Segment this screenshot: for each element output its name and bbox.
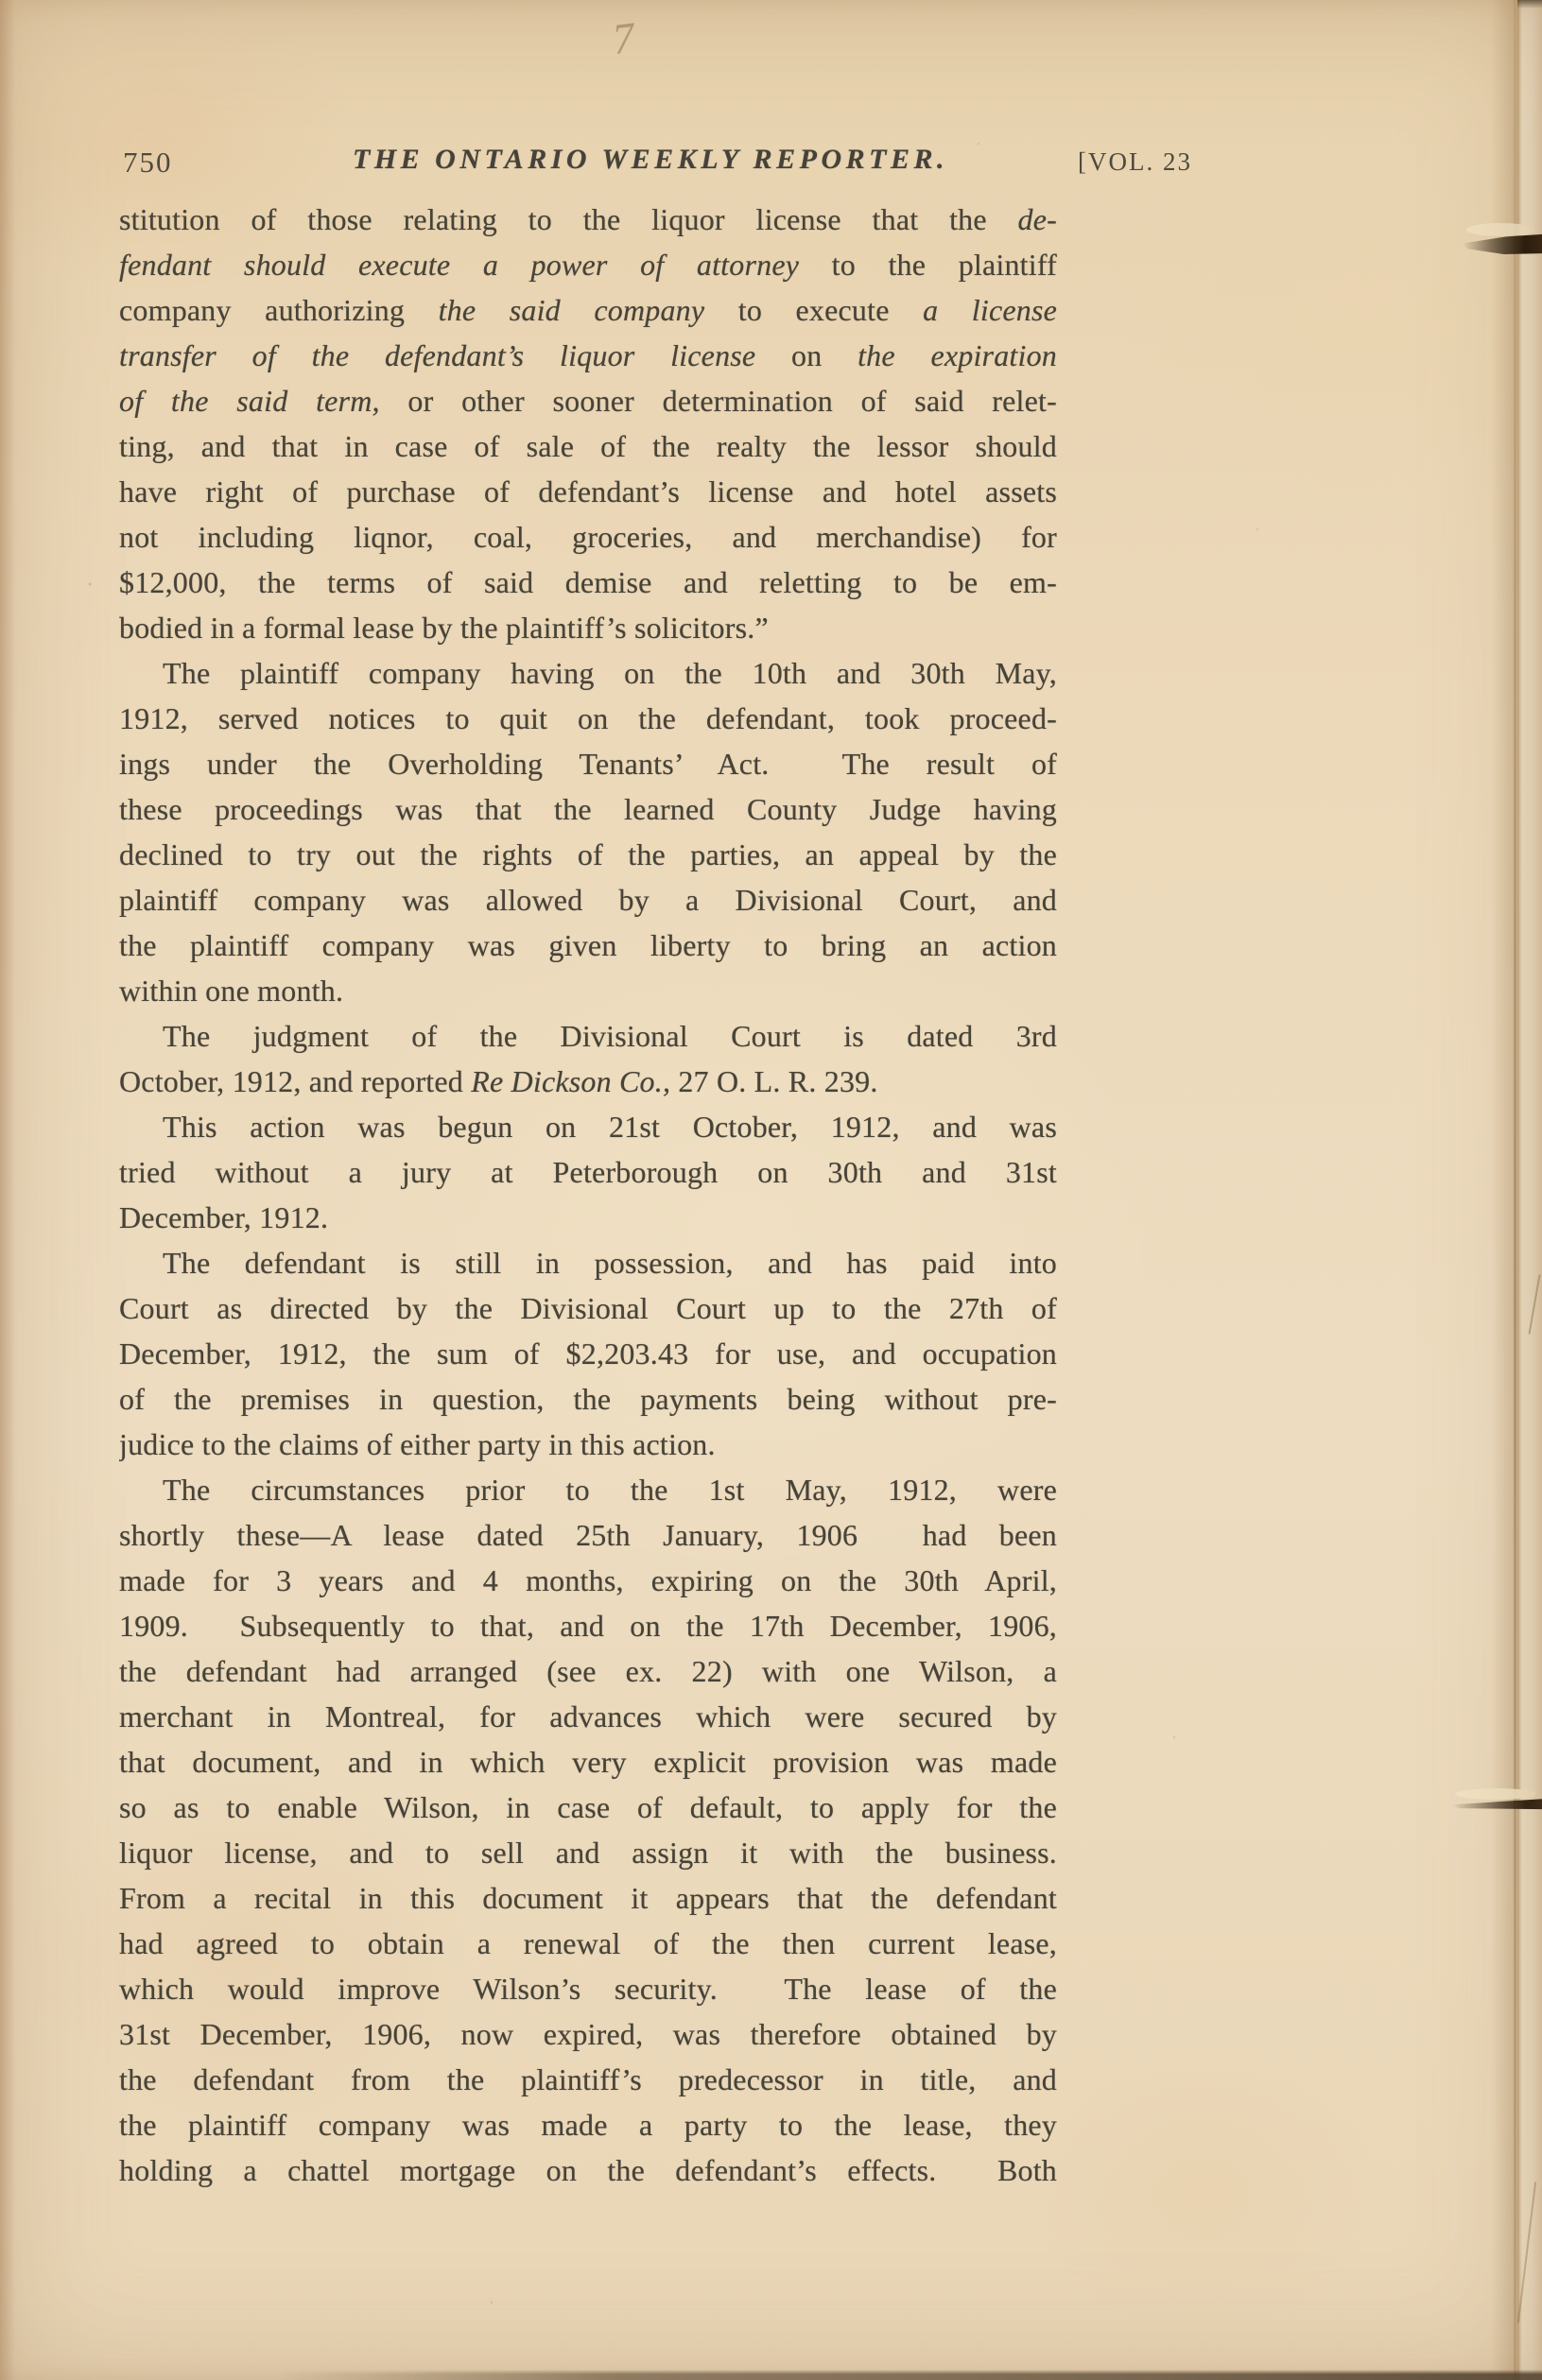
text-line: within one month. (119, 968, 1057, 1013)
handwritten-mark: 7 (610, 12, 637, 64)
top-right-corner-shadow (1517, 0, 1542, 9)
binding-tear-top-highlight (1466, 223, 1534, 236)
paragraph: The plaintiff company having on the 10th… (119, 650, 1057, 1013)
text-line: stitution of those relating to the liquo… (119, 197, 1057, 242)
running-title: THE ONTARIO WEEKLY REPORTER. (353, 144, 948, 176)
bottom-page-shadow (0, 2370, 1542, 2380)
text-line: $12,000, the terms of said demise and re… (119, 560, 1057, 605)
text-line: not including liqnor, coal, groceries, a… (119, 514, 1057, 560)
text-line: the plaintiff company was made a party t… (119, 2102, 1057, 2147)
text-line: of the premises in question, the payment… (119, 1376, 1057, 1422)
text-line: bodied in a formal lease by the plaintif… (119, 605, 1057, 650)
text-line: these proceedings was that the learned C… (119, 786, 1057, 832)
text-line: liquor license, and to sell and assign i… (119, 1830, 1057, 1875)
paragraph: stitution of those relating to the liquo… (119, 197, 1057, 650)
text-line: so as to enable Wilson, in case of defau… (119, 1785, 1057, 1830)
text-line: tried without a jury at Peterborough on … (119, 1149, 1057, 1195)
text-line: shortly these—A lease dated 25th January… (119, 1512, 1057, 1558)
paragraph: This action was begun on 21st October, 1… (119, 1104, 1057, 1240)
paragraph: The defendant is still in possession, an… (119, 1240, 1057, 1467)
text-line: the plaintiff company was given liberty … (119, 923, 1057, 968)
paragraph: The circumstances prior to the 1st May, … (119, 1467, 1057, 2193)
text-line: The plaintiff company having on the 10th… (119, 650, 1057, 696)
text-line: 31st December, 1906, now expired, was th… (119, 2011, 1057, 2057)
text-line: declined to try out the rights of the pa… (119, 832, 1057, 877)
page-edge-crease (1514, 0, 1516, 2380)
text-line: made for 3 years and 4 months, expiring … (119, 1558, 1057, 1603)
body-text: stitution of those relating to the liquo… (119, 197, 1057, 2193)
text-line: which would improve Wilson’s security. T… (119, 1966, 1057, 2011)
text-line: December, 1912, the sum of $2,203.43 for… (119, 1331, 1057, 1376)
left-page-edge-shading (0, 0, 15, 2380)
text-line: the defendant had arranged (see ex. 22) … (119, 1648, 1057, 1694)
text-line: 1909. Subsequently to that, and on the 1… (119, 1603, 1057, 1648)
text-line: of the said term, or other sooner determ… (119, 378, 1057, 423)
text-line: the defendant from the plaintiff’s prede… (119, 2057, 1057, 2102)
text-line: December, 1912. (119, 1195, 1057, 1240)
text-line: The defendant is still in possession, an… (119, 1240, 1057, 1285)
text-line: have right of purchase of defendant’s li… (119, 469, 1057, 514)
binding-tear-middle-highlight (1455, 1788, 1536, 1800)
text-line: Court as directed by the Divisional Cour… (119, 1285, 1057, 1331)
text-line: judice to the claims of either party in … (119, 1422, 1057, 1467)
text-line: From a recital in this document it appea… (119, 1875, 1057, 1921)
text-line: that document, and in which very explici… (119, 1739, 1057, 1785)
text-line: fendant should execute a power of attorn… (119, 242, 1057, 287)
text-line: transfer of the defendant’s liquor licen… (119, 333, 1057, 378)
text-line: The circumstances prior to the 1st May, … (119, 1467, 1057, 1512)
paragraph: The judgment of the Divisional Court is … (119, 1013, 1057, 1104)
text-line: ings under the Overholding Tenants’ Act.… (119, 741, 1057, 786)
scanned-page: 750 THE ONTARIO WEEKLY REPORTER. [VOL. 2… (0, 0, 1542, 2380)
text-line: The judgment of the Divisional Court is … (119, 1013, 1057, 1059)
text-line: had agreed to obtain a renewal of the th… (119, 1921, 1057, 1966)
volume-label: [VOL. 23 (1078, 147, 1192, 177)
page-header: 750 THE ONTARIO WEEKLY REPORTER. [VOL. 2… (0, 142, 1542, 189)
text-line: This action was begun on 21st October, 1… (119, 1104, 1057, 1149)
right-page-edge (1517, 0, 1542, 2380)
text-line: ting, and that in case of sale of the re… (119, 423, 1057, 469)
text-line: holding a chattel mortgage on the defend… (119, 2147, 1057, 2193)
page-number: 750 (123, 146, 173, 180)
text-line: plaintiff company was allowed by a Divis… (119, 877, 1057, 923)
text-line: merchant in Montreal, for advances which… (119, 1694, 1057, 1739)
text-line: company authorizing the said company to … (119, 287, 1057, 333)
text-line: 1912, served notices to quit on the defe… (119, 696, 1057, 741)
text-line: October, 1912, and reported Re Dickson C… (119, 1059, 1057, 1104)
